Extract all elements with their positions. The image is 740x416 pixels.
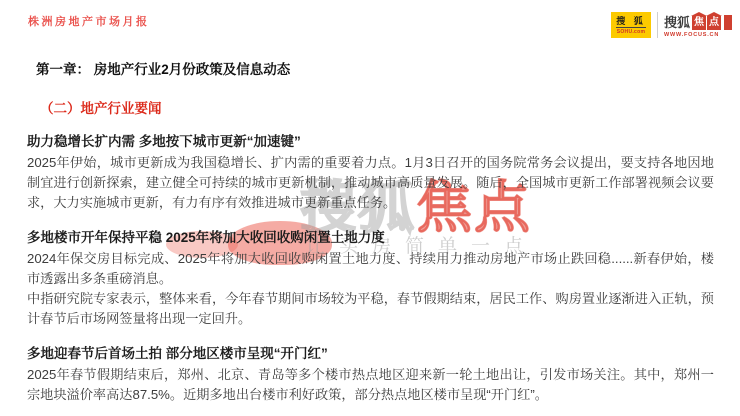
- focus-logo-group: 搜狐 焦 点 WWW.FOCUS.CN: [664, 12, 732, 38]
- sohu-logo-rule: [616, 27, 646, 28]
- focus-seal-icon: [724, 15, 732, 30]
- focus-house-icon: 点: [707, 16, 721, 30]
- focus-logo-row: 搜狐 焦 点: [664, 12, 732, 30]
- news-paragraph: 多地楼市开年保持平稳 2025年将加大收回收购闲置土地力度 2024年保交房目标…: [27, 229, 714, 329]
- news-heading: 助力稳增长扩内需 多地按下城市更新“加速键”: [27, 133, 714, 151]
- news-body: 中指研究院专家表示，整体来看，今年春节期间市场较为平稳，春节假期结束，居民工作、…: [27, 289, 714, 329]
- section-title: （二）地产行业要闻: [40, 97, 714, 117]
- news-body: 2025年春节假期结束后，郑州、北京、青岛等多个楼市热点地区迎来新一轮土地出让，…: [27, 365, 714, 405]
- report-content: 第一章： 房地产行业2月份政策及信息动态 （二）地产行业要闻 助力稳增长扩内需 …: [27, 58, 714, 405]
- focus-house-icon: 焦: [692, 16, 706, 30]
- news-body: 2024年保交房目标完成、2025年将加大收回收购闲置土地力度、持续用力推动房地…: [27, 249, 714, 289]
- sohu-logo-box: 搜 狐 SOHU.com: [611, 12, 651, 38]
- chapter-title: 第一章： 房地产行业2月份政策及信息动态: [36, 58, 714, 78]
- news-heading: 多地楼市开年保持平稳 2025年将加大收回收购闲置土地力度: [27, 229, 714, 247]
- sohu-focus-logo: 搜 狐 SOHU.com 搜狐 焦 点 WWW.FOCUS.CN: [611, 12, 732, 38]
- report-page: 搜狐焦点 让买房简单一点 株洲房地产市场月报 搜 狐 SOHU.com 搜狐 焦…: [0, 0, 740, 416]
- report-title: 株洲房地产市场月报: [28, 13, 150, 29]
- news-paragraph: 助力稳增长扩内需 多地按下城市更新“加速键” 2025年伊始，城市更新成为我国稳…: [27, 133, 714, 213]
- sohu-logo-text: 搜 狐: [616, 16, 646, 26]
- logo-divider: [657, 12, 658, 38]
- focus-logo-domain: WWW.FOCUS.CN: [664, 32, 719, 38]
- news-heading: 多地迎春节后首场土拍 部分地区楼市呈现“开门红”: [27, 345, 714, 363]
- sohu-logo-domain: SOHU.com: [617, 29, 646, 35]
- focus-logo-prefix: 搜狐: [664, 15, 690, 30]
- news-paragraph: 多地迎春节后首场土拍 部分地区楼市呈现“开门红” 2025年春节假期结束后，郑州…: [27, 345, 714, 405]
- news-body: 2025年伊始，城市更新成为我国稳增长、扩内需的重要着力点。1月3日召开的国务院…: [27, 153, 714, 213]
